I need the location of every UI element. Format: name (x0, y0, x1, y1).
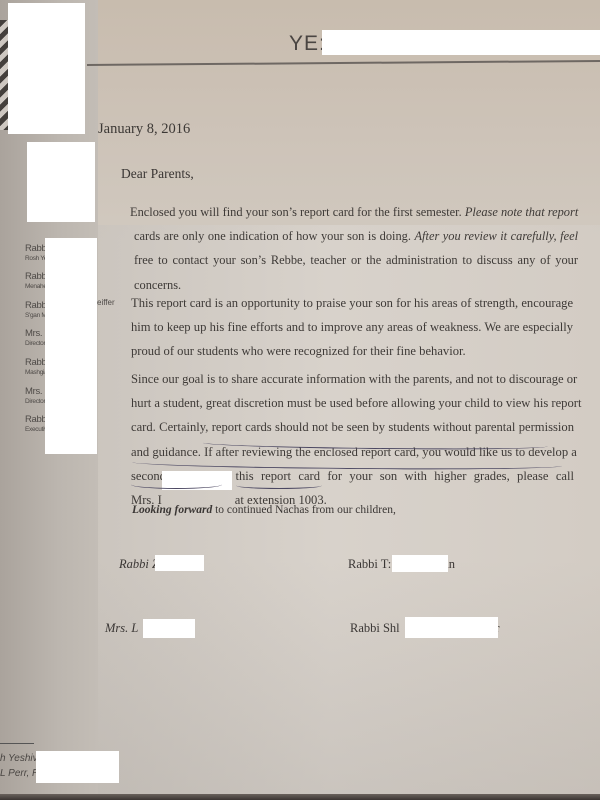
paragraph-1-line: Enclosed you will find your son’s report… (130, 200, 578, 224)
letterhead-title: YE: (289, 32, 326, 56)
paragraph-3-line: card. Certainly, report cards should not… (131, 415, 574, 439)
redaction-footer (36, 751, 119, 783)
paragraph-1-line: free to contact your son’s Rebbe, teache… (130, 248, 578, 272)
redaction-signature-1 (155, 555, 204, 571)
redaction-signature-2 (392, 555, 448, 572)
paragraph-2-line: him to keep up his fine efforts and to i… (131, 315, 573, 339)
closing-line: Looking forward to continued Nachas from… (132, 504, 396, 516)
salutation: Dear Parents, (121, 166, 194, 182)
handwritten-underline (236, 482, 322, 489)
redaction-logo (8, 3, 85, 134)
handwritten-underline (131, 480, 222, 489)
paragraph-2-line: proud of our students who were recognize… (131, 339, 573, 363)
table-surface-edge (0, 794, 600, 800)
letter-date: January 8, 2016 (98, 121, 190, 138)
redaction-signature-3 (143, 619, 195, 638)
redaction-title (322, 30, 600, 55)
redaction-sidebar-top (27, 142, 95, 222)
paragraph-2-line: This report card is an opportunity to pr… (131, 291, 573, 315)
redaction-signature-4 (405, 617, 498, 638)
paragraph-3-line: Since our goal is to share accurate info… (131, 367, 574, 391)
footer-line-2: L Perr, R (0, 768, 39, 779)
paragraph-1: Enclosed you will find your son’s report… (130, 200, 578, 297)
redaction-sidebar-names-overlay (45, 238, 97, 454)
paragraph-1-line: cards are only one indication of how you… (130, 224, 578, 248)
footer-divider (0, 743, 34, 744)
sidebar-name-fragment: eiffer (97, 298, 115, 307)
paragraph-3-line: hurt a student, great discretion must be… (131, 391, 574, 415)
paragraph-2: This report card is an opportunity to pr… (131, 291, 573, 364)
